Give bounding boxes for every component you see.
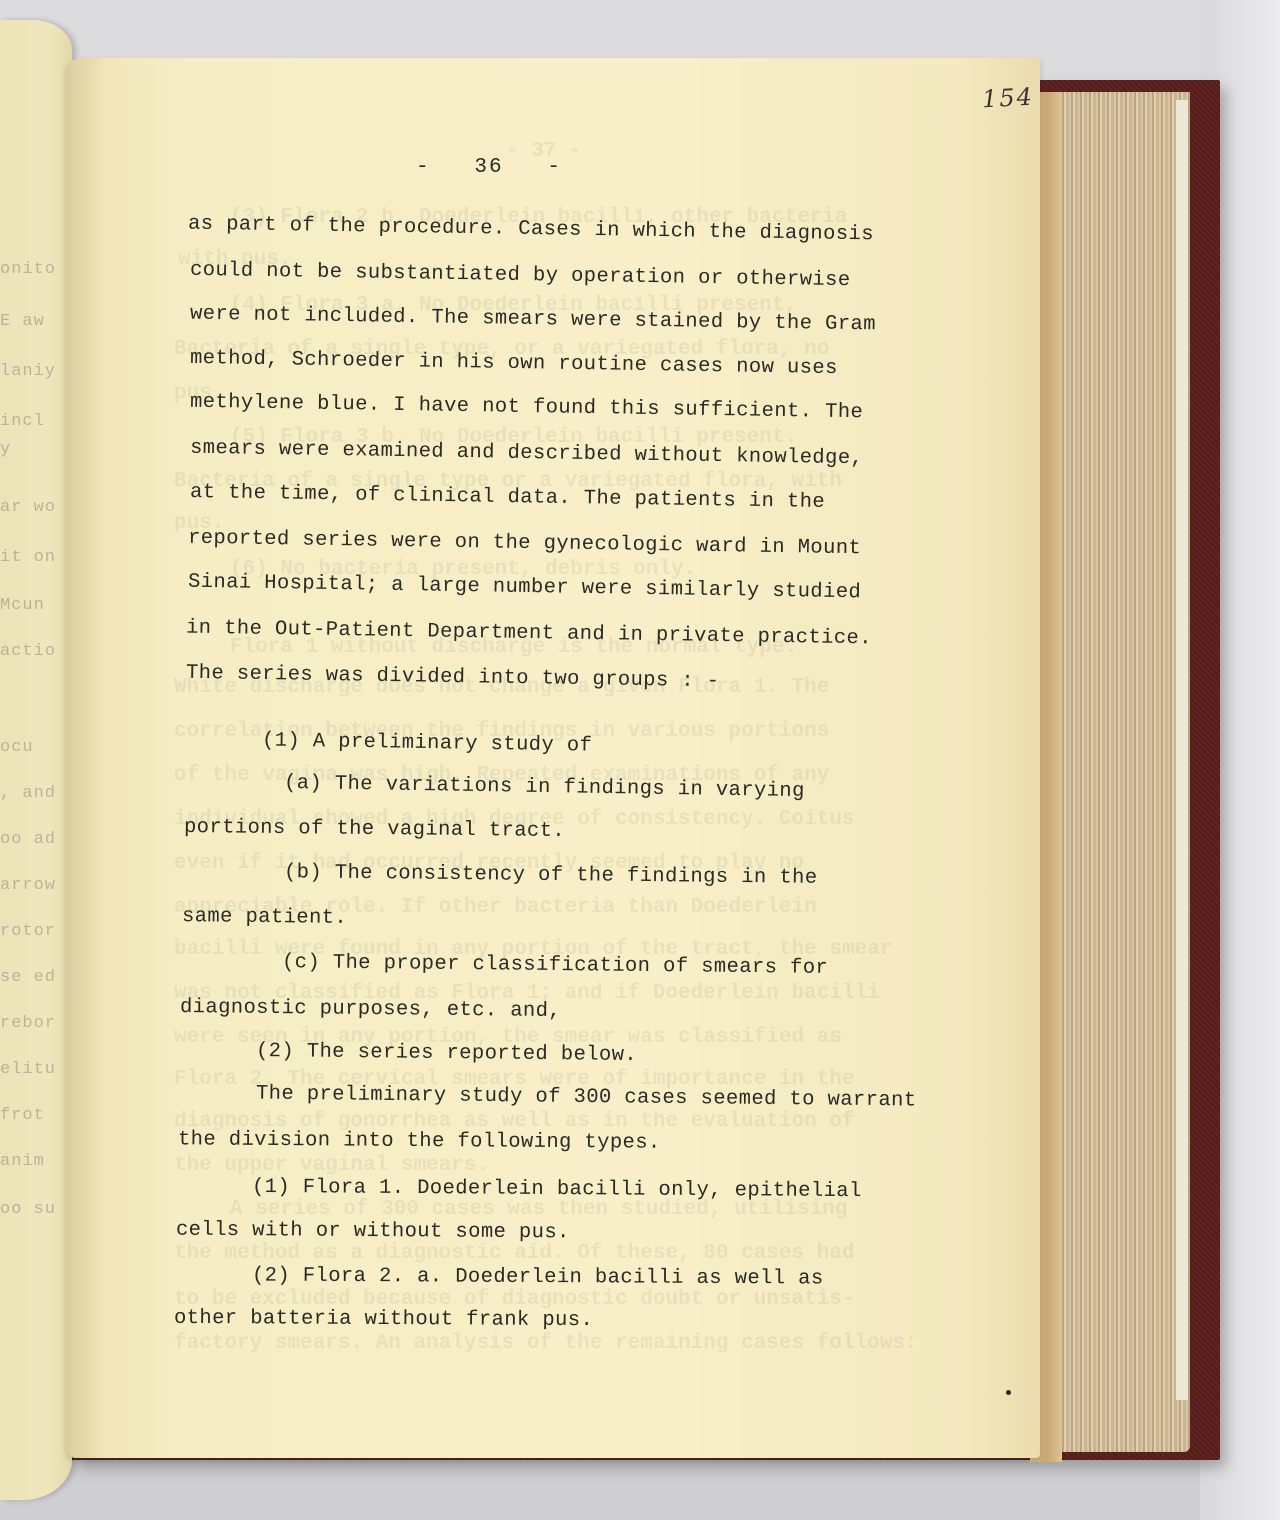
ghost-text: oo su [0, 1200, 56, 1219]
text-line: other batteria without frank pus. [174, 1307, 593, 1332]
ghost-text: anim [0, 1152, 45, 1171]
ghost-text: incl [0, 412, 45, 431]
ghost-text: ar wo [0, 498, 56, 517]
ghost-text: , and [0, 784, 56, 803]
text-line: methylene blue. I have not found this su… [190, 391, 863, 425]
ghost-text: onito [0, 260, 56, 279]
text-line: method, Schroeder in his own routine cas… [190, 347, 838, 380]
ghost-text: E aw [0, 312, 45, 331]
list-item-1: (1) A preliminary study of [262, 729, 593, 757]
ink-dot [1006, 1390, 1011, 1395]
text-line: at the time, of clinical data. The patie… [190, 481, 825, 514]
text-line: as part of the procedure. Cases in which… [188, 213, 874, 247]
ghost-text: frot [0, 1106, 45, 1125]
text-line: same patient. [182, 905, 347, 930]
text-line: cells with or without some pus. [176, 1219, 570, 1245]
text-line: in the Out-Patient Department and in pri… [186, 617, 872, 651]
text-line: The preliminary study of 300 cases seeme… [256, 1083, 917, 1113]
list-item-1c: (c) The proper classification of smears … [282, 951, 828, 980]
text-line: the division into the following types. [178, 1128, 661, 1154]
handwritten-folio-number: 154 [981, 83, 1034, 114]
ghost-text: Mcun [0, 596, 45, 615]
ghost-text: oo ad [0, 830, 56, 849]
flora-type-1: (1) Flora 1. Doederlein bacilli only, ep… [252, 1176, 862, 1203]
page-number: - 36 - [416, 156, 562, 179]
bleed-line: factory smears. An analysis of the remai… [174, 1332, 918, 1355]
ghost-text: y [0, 440, 11, 459]
ghost-text: rebor [0, 1014, 56, 1033]
text-line: The series was divided into two groups :… [186, 662, 720, 693]
endpaper [1176, 100, 1188, 1400]
ghost-text: elitu [0, 1060, 56, 1079]
document-page: - 37 - (3) Flora 2 b. Doederlein bacilli… [66, 58, 1040, 1458]
facing-page-left: onito E aw laniy incl y ar wo it on Mcun… [0, 20, 72, 1500]
text-line: Sinai Hospital; a large number were simi… [188, 571, 861, 605]
ghost-text: arrow [0, 876, 56, 895]
text-line: diagnostic purposes, etc. and, [180, 996, 561, 1023]
bleed-line: the method as a diagnostic aid. Of these… [174, 1242, 855, 1265]
bleed-line: the upper vaginal smears. [174, 1154, 489, 1177]
text-line: smears were examined and described witho… [190, 437, 863, 471]
ghost-text: actio [0, 642, 56, 661]
text-line: were not included. The smears were stain… [190, 303, 876, 337]
text-line: portions of the vaginal tract. [184, 816, 565, 843]
ghost-text: ocu [0, 738, 34, 757]
ghost-text: laniy [0, 362, 56, 381]
ghost-text: se ed [0, 968, 56, 987]
text-line: could not be substantiated by operation … [190, 259, 851, 292]
list-item-1b: (b) The consistency of the findings in t… [284, 861, 818, 890]
ghost-text: rotor [0, 922, 56, 941]
text-line: reported series were on the gynecologic … [188, 527, 861, 561]
ghost-text: it on [0, 548, 56, 567]
list-item-1a: (a) The variations in findings in varyin… [284, 772, 805, 803]
list-item-2: (2) The series reported below. [256, 1040, 637, 1067]
flora-type-2a: (2) Flora 2. a. Doederlein bacilli as we… [252, 1265, 824, 1291]
